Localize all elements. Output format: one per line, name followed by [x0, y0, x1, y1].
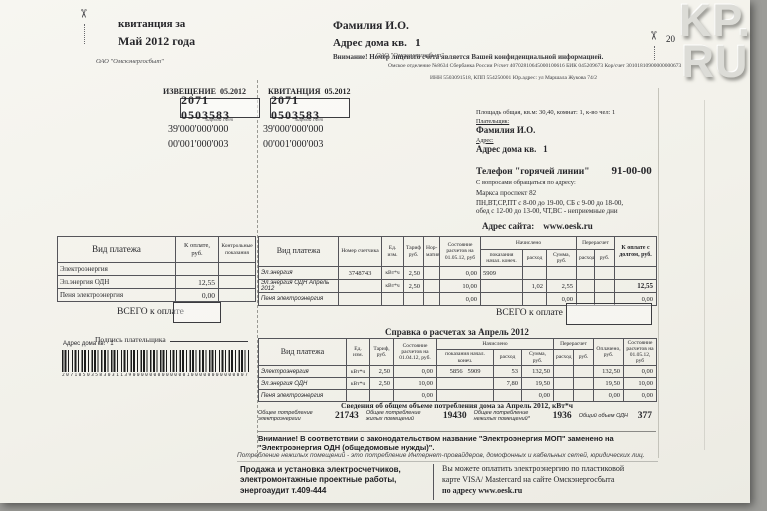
main-r3-name: Пеня электроэнергия [259, 293, 339, 306]
stub-title-line1: квитанция за [118, 18, 185, 30]
notice-code1: 39'000'000'000 [168, 124, 228, 135]
ad-line3: энергоаудит т.409-444 [240, 486, 428, 496]
april-r1-paid: 132,50 [594, 366, 624, 378]
main-col-sum: Сумма, руб. [547, 250, 577, 267]
stub-col-type: Вид платежа [58, 237, 176, 263]
april-col-tariff: Тариф, руб. [370, 339, 394, 366]
stub-col-control: Контрольные показания [219, 237, 256, 263]
main-col-tariff: Тариф руб. [404, 237, 424, 267]
scissors-icon: ✂ [76, 8, 91, 18]
main-header-row1: Вид платежа Номер счетчика Ед. изм. Тари… [259, 237, 657, 250]
main-r2-meter [339, 280, 382, 293]
main-r1-unit: кВт*ч [382, 267, 404, 280]
receipt-code1: 39'000'000'000 [263, 124, 323, 135]
stub-payments-table: Вид платежа К оплате, руб. Контрольные п… [57, 236, 256, 302]
april-col-type: Вид платежа [259, 339, 347, 366]
main-total-box [566, 303, 652, 325]
main-r2-consumption: 1,02 [523, 280, 547, 293]
section-divider [258, 431, 656, 432]
main-r2-balance: 10,00 [440, 280, 481, 293]
april-r3-recalc-consumption [554, 390, 574, 402]
april-col-balance-end: Состояние расчетов на 01.05.12, руб [624, 339, 657, 366]
april-col-sum: Сумма, руб. [522, 350, 554, 366]
payer-address: Адрес дома кв. 1 [476, 145, 691, 154]
watermark-line1: KP. [667, 0, 763, 41]
footer-divider-h [237, 461, 658, 462]
main-r1-meter: 3748743 [339, 267, 382, 280]
barcode-digits: 2071050358303113900000000000001000000000… [62, 373, 249, 378]
consumption-label-4: Общий объем ОДН [579, 413, 631, 419]
april-r1-name: Электроэнергия [259, 366, 347, 378]
april-col-recalc-rub: руб. [574, 350, 594, 366]
april-r1-readings: 5856 5909 [437, 366, 494, 378]
bank-details-line1: Омское отделение №8634 Сбербанка России … [388, 63, 690, 70]
april-r3-name: Пеня электроэнергия [259, 390, 347, 402]
april-r2-balance-start: 10,00 [394, 378, 437, 390]
ad-block: Продажа и установка электросчетчиков, эл… [240, 465, 428, 496]
april-r1-recalc-rub [574, 366, 594, 378]
table-row: Электроэнергия [58, 263, 256, 276]
april-r2-paid: 19,50 [594, 378, 624, 390]
stub-row2-name: Эл.энергия ОДН [58, 276, 176, 289]
april-col-balance-start: Состояние расчетов на 01.04.12, руб. [394, 339, 437, 366]
main-col-type: Вид платежа [259, 237, 339, 267]
stub-col-due: К оплате, руб. [176, 237, 219, 263]
table-row: Пеня электроэнергия 0,00 [58, 289, 256, 302]
main-r1-norm [424, 267, 440, 280]
main-r3-consumption [523, 293, 547, 306]
april-grp-recalc: Перерасчет [554, 339, 594, 350]
april-r2-balance-end: 10,00 [624, 378, 657, 390]
site-line: Адрес сайта: www.oesk.ru [482, 217, 691, 234]
payment-line2: карте VISA/ Mastercard на сайте Омскэнер… [442, 475, 667, 486]
table-row: Эл.энергия ОДН 12,55 [58, 276, 256, 289]
payer-name-top: Фамилия И.О. [333, 20, 409, 32]
main-r3-readings [481, 293, 523, 306]
april-r1-balance-end: 0,00 [624, 366, 657, 378]
site-label: Адрес сайта: [482, 221, 534, 231]
main-r2-readings [481, 280, 523, 293]
april-col-unit: Ед. изм. [347, 339, 370, 366]
april-r1-sum: 132,50 [522, 366, 554, 378]
signature-line: Подпись плательщика [95, 329, 248, 347]
april-r2-tariff: 2,50 [370, 378, 394, 390]
april-r1-tariff: 2,50 [370, 366, 394, 378]
stub-address: Адрес дома кв. 1 [63, 341, 114, 347]
main-r3-balance: 0,00 [440, 293, 481, 306]
main-r1-recalc-rub [595, 267, 615, 280]
stub-row1-name: Электроэнергия [58, 263, 176, 276]
april-col-consumption: расход [494, 350, 522, 366]
signature-blank [170, 333, 248, 342]
payment-line3: по адресу www.oesk.ru [442, 486, 667, 497]
stub-row1-control [219, 263, 256, 276]
april-r3-readings [437, 390, 494, 402]
consumption-label-3: Общее потребление нежилых помещений* [474, 410, 546, 423]
main-col-due: К оплате с долгом, руб. [615, 237, 657, 267]
main-r2-recalc-consumption [577, 280, 595, 293]
main-grp-accrued: Начислено [481, 237, 577, 250]
april-table-title: Справка о расчетах за Апрель 2012 [258, 327, 656, 337]
main-r2-unit: кВт*ч [382, 280, 404, 293]
hours-line2: обед с 12-00 до 13-00, ЧТ,ВС - неприемны… [476, 208, 691, 215]
stub-row3-name: Пеня электроэнергия [58, 289, 176, 302]
main-col-balance: Состояние расчетов на 01.05.12, руб [440, 237, 481, 267]
consumption-value-3: 1936 [553, 411, 572, 421]
payer-name: Фамилия И.О. [476, 126, 691, 135]
main-r1-consumption [523, 267, 547, 280]
stub-row2-control [219, 276, 256, 289]
consumption-value-2: 19430 [443, 411, 467, 421]
april-r1-recalc-consumption [554, 366, 574, 378]
main-r3-tariff [404, 293, 424, 306]
site-url: www.oesk.ru [543, 221, 593, 231]
payer-info-block: Площадь общая, кв.м: 30,40, комнат: 1, к… [476, 110, 691, 234]
main-r1-name: Эл.энергия [259, 267, 339, 280]
hotline-number: 91-00-00 [611, 165, 651, 177]
april-r3-unit [347, 390, 370, 402]
main-r3-norm [424, 293, 440, 306]
main-total-label: ВСЕГО к оплате [496, 308, 563, 318]
notice-code2: 00'001'000'003 [168, 139, 228, 150]
april-r3-recalc-rub [574, 390, 594, 402]
payment-block: Вы можете оплатить электроэнергию по пла… [442, 464, 667, 496]
stub-row2-due: 12,55 [176, 276, 219, 289]
table-row: Эл.энергия ОДН Апрель 2012 кВт*ч 2,50 10… [259, 280, 657, 293]
main-r3-meter [339, 293, 382, 306]
barcode [62, 350, 249, 372]
april-r2-recalc-consumption [554, 378, 574, 390]
main-col-consumption: расход [523, 250, 547, 267]
main-r3-unit [382, 293, 404, 306]
confidential-warning: Внимание! Номер лицевого счета является … [333, 53, 603, 61]
main-r1-tariff: 2,50 [404, 267, 424, 280]
address-label: Адрес: [476, 138, 691, 144]
stub-header-row: Вид платежа К оплате, руб. Контрольные п… [58, 237, 256, 263]
receipt-account-label: лицевой счет [270, 118, 348, 123]
area-line: Площадь общая, кв.м: 30,40, комнат: 1, к… [476, 110, 691, 117]
hotline-line: Телефон "горячей линии" 91-00-00 [476, 162, 691, 179]
consumption-label-2: Общее потребление жилых помещений [366, 410, 436, 423]
main-r1-readings: 5909 [481, 267, 523, 280]
payer-address-top: Адрес дома кв. 1 [333, 37, 421, 49]
main-r2-due: 12,55 [615, 280, 657, 293]
april-grp-accrued: Начислено [437, 339, 554, 350]
april-settlement-table: Вид платежа Ед. изм. Тариф, руб. Состоян… [258, 338, 657, 402]
april-r3-sum: 0,00 [522, 390, 554, 402]
april-r2-name: Эл.энергия ОДН [259, 378, 347, 390]
main-r2-norm [424, 280, 440, 293]
april-col-paid: Оплачено, руб. [594, 339, 624, 366]
company-name-right: ОАО "Омскэнергосбыт" [376, 52, 444, 59]
main-r1-balance: 0,00 [440, 267, 481, 280]
receipt-paper: ✂ ✂ 20 квитанция за Май 2012 года Фамили… [0, 0, 750, 503]
april-r3-balance-start: 0,00 [394, 390, 437, 402]
watermark-line2: RU [667, 41, 763, 82]
receipt-code2: 00'001'000'003 [263, 139, 323, 150]
main-r1-due [615, 267, 657, 280]
april-col-recalc-consumption: расход [554, 350, 574, 366]
stub-title-line2: Май 2012 года [118, 34, 195, 49]
main-r2-tariff: 2,50 [404, 280, 424, 293]
april-r3-balance-end: 0,00 [624, 390, 657, 402]
main-r2-name: Эл.энергия ОДН Апрель 2012 [259, 280, 339, 293]
main-r2-sum: 2,55 [547, 280, 577, 293]
main-col-recalc-rub: руб. [595, 250, 615, 267]
scissors-icon-right: ✂ [646, 30, 661, 40]
bank-details-line2: ИНН 5503091518, КПП 554250001 Юр.адрес: … [430, 75, 690, 81]
cut-line-left [84, 24, 85, 44]
main-r1-recalc-consumption [577, 267, 595, 280]
table-row: Электроэнергия кВт*ч 2,50 0,00 5856 5909… [259, 366, 657, 378]
april-r2-unit: кВт*ч [347, 378, 370, 390]
footnote: Потребление нежилых помещений - это потр… [237, 452, 661, 459]
consumption-value-1: 21743 [335, 411, 359, 421]
payment-line1: Вы можете оплатить электроэнергию по пла… [442, 464, 667, 475]
notice-account-label: лицевой счет [180, 118, 258, 123]
ad-line2: электромонтажные проектные работы, [240, 475, 428, 485]
main-grp-recalc: Перерасчет [577, 237, 615, 250]
company-name-left: ОАО "Омскэнергосбыт" [96, 58, 164, 65]
main-col-meter: Номер счетчика [339, 237, 382, 267]
consumption-value-4: 377 [638, 411, 652, 421]
table-row: Пеня электроэнергия 0,00 0,00 0,00 0,00 [259, 390, 657, 402]
stub-total-box [173, 302, 221, 323]
ad-line1: Продажа и установка электросчетчиков, [240, 465, 428, 475]
contact-line: С вопросами обращаться по адресу: [476, 180, 691, 187]
footer-divider-v [433, 464, 434, 500]
paper-crease [704, 100, 705, 450]
april-r2-consumption: 7,80 [494, 378, 522, 390]
consumption-row: Общее потребление электроэнергии 21743 О… [258, 410, 656, 423]
april-col-readings: показания начал. конеч. [437, 350, 494, 366]
main-col-readings: показания начал. конеч. [481, 250, 523, 267]
stub-row3-control [219, 289, 256, 302]
warning-text: Внимание! Номер лицевого счета является … [333, 53, 603, 61]
april-r3-consumption [494, 390, 522, 402]
contact-address: Маркса проспект 82 [476, 190, 691, 197]
april-r2-recalc-rub [574, 378, 594, 390]
stub-row1-due [176, 263, 219, 276]
main-payments-table: Вид платежа Номер счетчика Ед. изм. Тари… [258, 236, 657, 306]
april-r2-sum: 19,50 [522, 378, 554, 390]
main-col-recalc-consumption: расход [577, 250, 595, 267]
april-r1-consumption: 53 [494, 366, 522, 378]
april-r1-unit: кВт*ч [347, 366, 370, 378]
table-row: Эл.энергия 3748743 кВт*ч 2,50 0,00 5909 [259, 267, 657, 280]
april-r3-paid: 0,00 [594, 390, 624, 402]
main-col-norm: Нор-матив [424, 237, 440, 267]
april-r1-balance-start: 0,00 [394, 366, 437, 378]
attention-note: Внимание! В соответствии с законодательс… [258, 434, 658, 453]
stub-row3-due: 0,00 [176, 289, 219, 302]
april-r3-tariff [370, 390, 394, 402]
kpru-watermark: KP. RU [667, 0, 763, 83]
notice-account-box: 2071 0503583 [180, 98, 260, 118]
main-col-unit: Ед. изм. [382, 237, 404, 267]
main-r2-recalc-rub [595, 280, 615, 293]
consumption-label-1: Общее потребление электроэнергии [258, 410, 328, 423]
hotline-label: Телефон "горячей линии" [476, 167, 589, 177]
consumption-title: Сведения об общем объеме потребления дом… [258, 401, 656, 410]
main-r1-sum [547, 267, 577, 280]
receipt-account-box: 2071 0503583 [270, 98, 350, 118]
table-row: Эл.энергия ОДН кВт*ч 2,50 10,00 7,80 19,… [259, 378, 657, 390]
april-header-row1: Вид платежа Ед. изм. Тариф, руб. Состоян… [259, 339, 657, 350]
april-r2-readings [437, 378, 494, 390]
cut-line-right [654, 46, 655, 60]
